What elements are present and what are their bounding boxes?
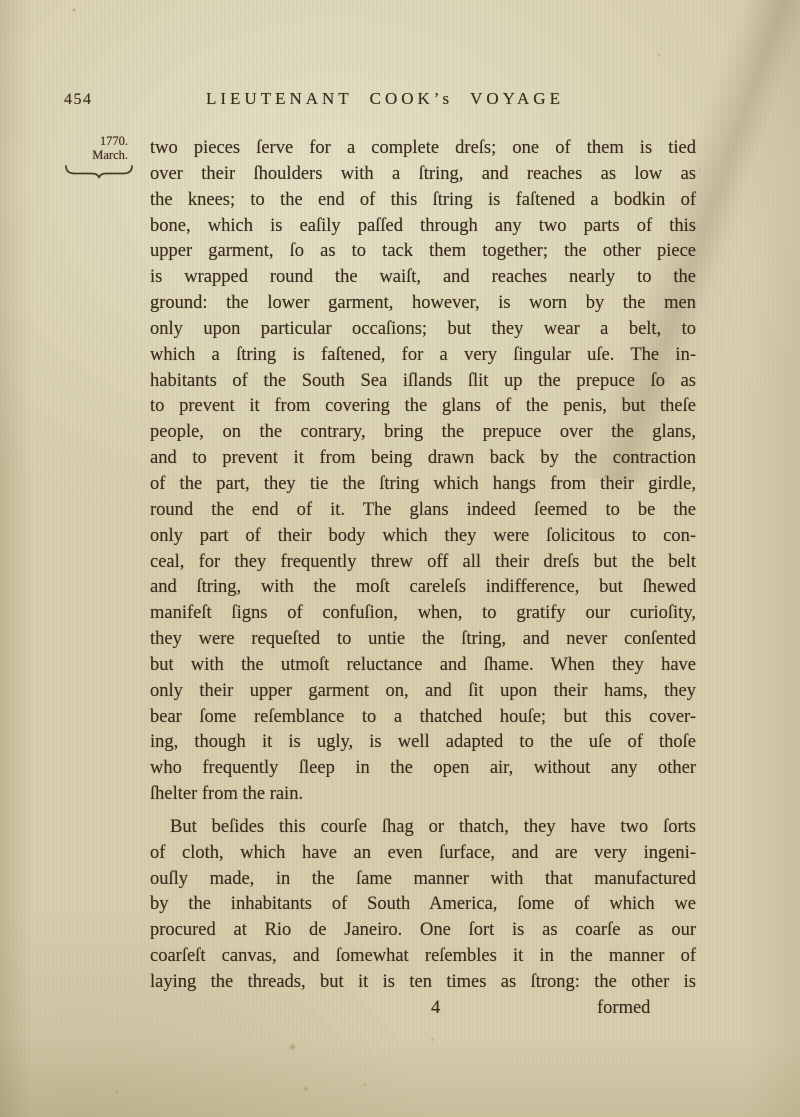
text-line: upper garment, ſo as to tack them togeth…	[150, 239, 696, 265]
text-line: bone, which is eaſily paſſed through any…	[150, 214, 696, 240]
book-page: 454 LIEUTENANT COOK’s VOYAGE 1770. March…	[0, 0, 800, 1117]
paragraph: two pieces ſerve for a complete dreſs; o…	[150, 136, 696, 808]
text-line: manifeſt ſigns of confuſion, when, to gr…	[150, 601, 696, 627]
margin-brace-icon	[64, 163, 134, 184]
foxing-spot	[303, 1086, 309, 1092]
page-number: 454	[64, 91, 93, 109]
signature-mark: 4	[431, 998, 440, 1019]
text-line: But beſides this courſe ſhag or thatch, …	[150, 815, 696, 841]
text-line: and to prevent it from being drawn back …	[150, 446, 696, 472]
foxing-spot	[72, 8, 76, 12]
text-line: is wrapped round the waiſt, and reaches …	[150, 265, 696, 291]
foxing-spot	[363, 1083, 367, 1087]
foxing-spot	[289, 1043, 296, 1051]
text-line: which a ſtring is faſtened, for a very ſ…	[150, 343, 696, 369]
text-line: only part of their body which they were …	[150, 524, 696, 550]
text-line: and ſtring, with the moſt careleſs indif…	[150, 575, 696, 601]
text-line: people, on the contrary, bring the prepu…	[150, 420, 696, 446]
foxing-spot	[430, 1037, 435, 1042]
text-line: habitants of the South Sea iſlands ſlit …	[150, 369, 696, 395]
margin-date-note: 1770. March.	[62, 134, 128, 162]
margin-month: March.	[62, 148, 128, 162]
text-line: ceal, for they frequently threw off all …	[150, 550, 696, 576]
text-line: ouſly made, in the ſame manner with that…	[150, 867, 696, 893]
text-line: but with the utmoſt reluctance and ſhame…	[150, 653, 696, 679]
text-line: only their upper garment on, and ſit upo…	[150, 679, 696, 705]
body-text: two pieces ſerve for a complete dreſs; o…	[150, 136, 696, 1024]
catchword: formed	[597, 998, 650, 1019]
foxing-spot	[698, 168, 701, 171]
margin-year: 1770.	[62, 134, 128, 148]
text-line: bear ſome reſemblance to a thatched houſ…	[150, 705, 696, 731]
text-line: to prevent it from covering the glans of…	[150, 394, 696, 420]
text-line: they were requeſted to untie the ſtring,…	[150, 627, 696, 653]
text-line: who frequently ſleep in the open air, wi…	[150, 756, 696, 782]
foxing-spot	[115, 1090, 119, 1094]
text-line: ing, though it is ugly, is well adapted …	[150, 730, 696, 756]
text-line: ſhelter from the rain.	[150, 782, 696, 808]
text-line: ground: the lower garment, however, is w…	[150, 291, 696, 317]
text-line: of the part, they tie the ſtring which h…	[150, 472, 696, 498]
text-line: procured at Rio de Janeiro. One ſort is …	[150, 918, 696, 944]
text-line: of cloth, which have an even ſurface, an…	[150, 841, 696, 867]
text-line: by the inhabitants of South America, ſom…	[150, 892, 696, 918]
text-line: laying the threads, but it is ten times …	[150, 970, 696, 996]
text-line: coarſeſt canvas, and ſomewhat reſembles …	[150, 944, 696, 970]
paragraph: But beſides this courſe ſhag or thatch, …	[150, 815, 696, 996]
text-line: round the end of it. The glans indeed ſe…	[150, 498, 696, 524]
text-line: only upon particular occaſions; but they…	[150, 317, 696, 343]
text-line: over their ſhoulders with a ſtring, and …	[150, 162, 696, 188]
running-title: LIEUTENANT COOK’s VOYAGE	[206, 89, 564, 109]
footer-line: 4formed	[150, 998, 696, 1024]
foxing-spot	[657, 53, 661, 57]
text-line: the knees; to the end of this ſtring is …	[150, 188, 696, 214]
text-line: two pieces ſerve for a complete dreſs; o…	[150, 136, 696, 162]
